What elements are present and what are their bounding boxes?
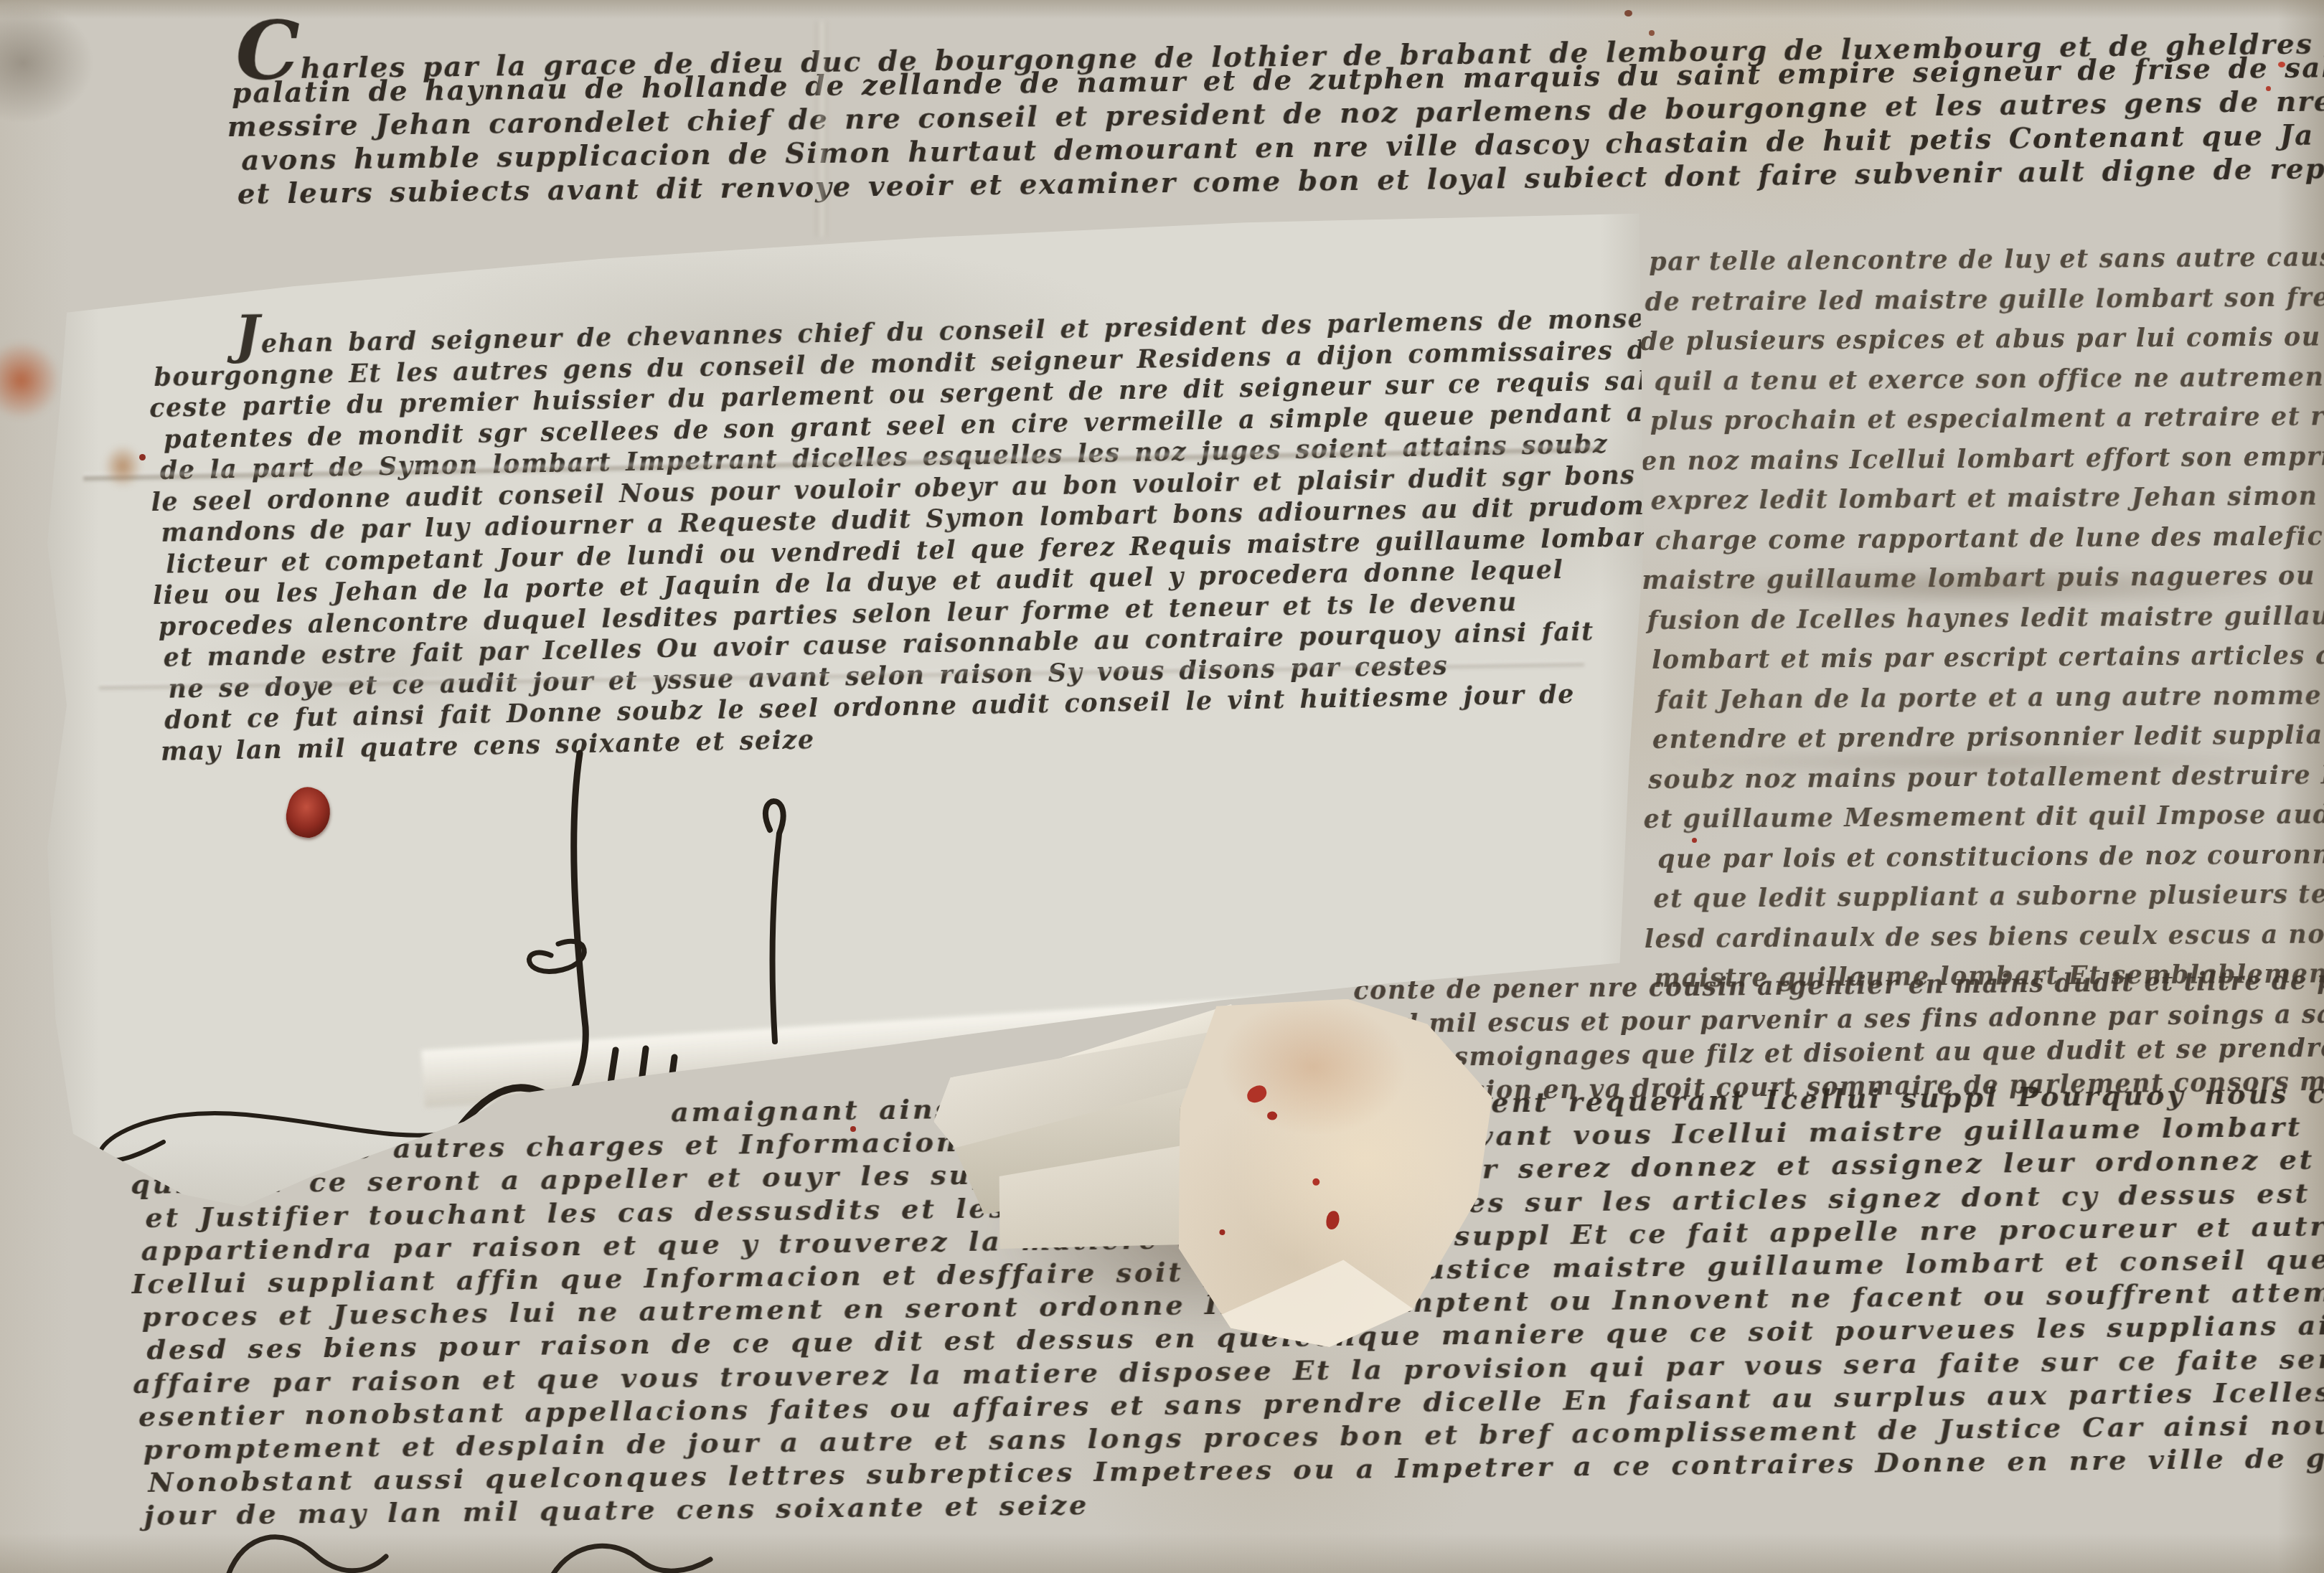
manuscript-line: et mande estre fait par Icelles Ou avoir… bbox=[163, 615, 1659, 674]
manuscript-line: desd mil escus et pour parvenir a ses fi… bbox=[1349, 998, 2324, 1041]
manuscript-line: desd tesmoignages que filz et disoient a… bbox=[1345, 1031, 2324, 1075]
manuscript-line: exprez ledit lombart et maistre Jehan si… bbox=[1650, 476, 2324, 521]
manuscript-line: Jehan bard seigneur de chevannes chief d… bbox=[157, 293, 1654, 362]
manuscript-line: licteur et competant Jour de lundi ou ve… bbox=[166, 521, 1662, 580]
manuscript-line: bourgongne Et les autres gens du conseil… bbox=[154, 334, 1650, 393]
manuscript-line: affaire par raison et que vous trouverez… bbox=[133, 1341, 2324, 1400]
manuscript-line: fait Jehan de la porte et a ung autre no… bbox=[1656, 676, 2324, 720]
charter-right-column-text: par telle alencontre de luy et sans autr… bbox=[1645, 237, 2324, 998]
flap-fold-highlight bbox=[1168, 1192, 1487, 1355]
seal-tail-fold bbox=[950, 1069, 1275, 1217]
manuscript-line: quil a tenu et exerce son office ne autr… bbox=[1654, 357, 2324, 402]
manuscript-line: qui pour ce seront a appeller et ouyr le… bbox=[131, 1142, 2324, 1201]
manuscript-line: en noz mains Icellui lombart effort son … bbox=[1641, 437, 2324, 481]
wax-speck bbox=[2278, 62, 2285, 67]
manuscript-line: mandons de par luy adiourner a Requeste … bbox=[161, 491, 1657, 549]
manuscript-line: Nonobstant aussi quelconques lettres sub… bbox=[148, 1440, 2324, 1499]
paraph-signature bbox=[121, 740, 946, 1228]
wax-seal-fragment bbox=[281, 783, 335, 842]
manuscript-photo: Charles par la grace de dieu duc de bour… bbox=[0, 0, 2324, 1573]
wax-speck bbox=[1692, 838, 1697, 843]
manuscript-line: appartiendra par raison et que y trouver… bbox=[141, 1209, 2324, 1267]
manuscript-line: Icellui suppliant affin que Informacion … bbox=[131, 1242, 2324, 1300]
manuscript-line: messire Jehan carondelet chief de nre co… bbox=[227, 85, 2322, 144]
manuscript-line: Charles par la grace de dieu duc de bour… bbox=[235, 3, 2324, 87]
manuscript-line: dont ce fut ainsi fait Donne soubz le se… bbox=[164, 678, 1660, 737]
manuscript-line: de plusieurs espices et abus par lui com… bbox=[1640, 317, 2324, 362]
manuscript-line: avons humble supplicacion de Simon hurta… bbox=[241, 118, 2324, 178]
manuscript-line: lesd cardinaulx de ses biens ceulx escus… bbox=[1645, 915, 2324, 959]
wax-speck bbox=[1312, 1178, 1320, 1186]
manuscript-line: charge come rapportant de lune des malef… bbox=[1655, 516, 2324, 561]
charter-bottom-text: amaignant ainsi quil appartiendra humble… bbox=[135, 1076, 2324, 1533]
seal-tail-fold bbox=[992, 1130, 1287, 1265]
fold-crease bbox=[99, 661, 1584, 691]
manuscript-line: procedes alencontre duquel lesdites part… bbox=[158, 584, 1654, 643]
manuscript-line: desd ses biens pour raison de ce que dit… bbox=[146, 1308, 2324, 1366]
manuscript-line: le seel ordonne audit conseil Nous pour … bbox=[151, 459, 1647, 518]
manuscript-line: de la part de Symon lombart Impetrant di… bbox=[159, 428, 1655, 487]
manuscript-line: may lan mil quatre cens soixante et seiz… bbox=[161, 709, 1657, 767]
manuscript-line: plus prochain et especialment a retraire… bbox=[1650, 397, 2324, 441]
manuscript-line: palatin de haynnau de hollande de zellan… bbox=[232, 51, 2324, 110]
manuscript-line: lombart et mis par escript certains arti… bbox=[1652, 636, 2324, 680]
wrinkle-shadow bbox=[1629, 746, 2324, 778]
manuscript-line: ne se doye et ce audit jour et yssue ava… bbox=[168, 646, 1664, 705]
manuscript-line: et Justifier touchant les cas dessusdits… bbox=[145, 1175, 2324, 1234]
ink-speck bbox=[1624, 10, 1632, 16]
manuscript-line: jour de may lan mil quatre cens soixante… bbox=[144, 1473, 2324, 1532]
manuscript-line: lieu ou les Jehan de la porte et Jaquin … bbox=[153, 553, 1649, 612]
wax-speck bbox=[850, 1126, 856, 1132]
manuscript-line: que par lois et constitucions de noz cou… bbox=[1657, 835, 2324, 879]
manuscript-line: de retraire led maistre guille lombart s… bbox=[1645, 278, 2324, 322]
manuscript-line: amaignant ainsi quil appartiendra humble… bbox=[671, 1076, 2324, 1129]
manuscript-line: soubz noz mains pour totallement destrui… bbox=[1648, 755, 2324, 800]
wax-speck bbox=[1267, 1111, 1278, 1120]
manuscript-line: maistre guillaume lombart Et semblableme… bbox=[1654, 954, 2324, 998]
mandate-text: Jehan bard seigneur de chevannes chief d… bbox=[153, 293, 1657, 767]
seal-tail-main-flap bbox=[1168, 991, 1497, 1355]
manuscript-line: promptement et desplain de jour a autre … bbox=[143, 1407, 2324, 1466]
manuscript-line: maistre guillaume lombart puis nagueres … bbox=[1642, 556, 2324, 600]
charter-overlap-text: conte de pener nre cousin argentier en m… bbox=[1349, 964, 2324, 1109]
manuscript-line: proces et Juesches lui ne autrement en s… bbox=[141, 1275, 2324, 1333]
charter-heading-text: Charles par la grace de dieu duc de bour… bbox=[231, 3, 2324, 212]
wax-speck bbox=[2266, 86, 2271, 91]
cut-off-flourish bbox=[215, 1519, 804, 1573]
fold-crease bbox=[83, 445, 1601, 483]
manuscript-line: patentes de mondit sgr scellees de son g… bbox=[164, 397, 1660, 455]
wax-speck bbox=[1326, 1211, 1340, 1230]
wax-speck bbox=[1219, 1229, 1225, 1235]
bottom-fold-highlight bbox=[421, 976, 1617, 1107]
wax-speck bbox=[1245, 1084, 1269, 1105]
manuscript-line: et leurs subiects avant dit renvoye veoi… bbox=[237, 152, 2324, 212]
ink-speck bbox=[1649, 30, 1655, 36]
manuscript-line: et que ledit suppliant a suborne plusieu… bbox=[1653, 874, 2324, 919]
manuscript-line: appellacion en va droit court sommaire d… bbox=[1358, 1064, 2324, 1108]
manuscript-line: esentier nonobstant appellacions faites … bbox=[138, 1374, 2324, 1433]
manuscript-line: ceste partie du premier huissier du parl… bbox=[149, 366, 1645, 425]
wrinkle-shadow bbox=[1629, 565, 2324, 608]
vertical-fold-crease bbox=[817, 22, 827, 237]
flap-shadow bbox=[940, 1119, 1485, 1356]
manuscript-line: fusion de Icelles haynes ledit maistre g… bbox=[1647, 596, 2324, 641]
manuscript-line: et guillaume Mesmement dit quil Impose a… bbox=[1643, 795, 2324, 839]
manuscript-line: entendre et prendre prisonnier ledit sup… bbox=[1652, 715, 2324, 760]
rust-stain bbox=[98, 438, 148, 495]
overlay-mandate-sheet: Jehan bard seigneur de chevannes chief d… bbox=[34, 209, 1649, 1221]
manuscript-line: par telle alencontre de luy et sans autr… bbox=[1649, 237, 2324, 282]
